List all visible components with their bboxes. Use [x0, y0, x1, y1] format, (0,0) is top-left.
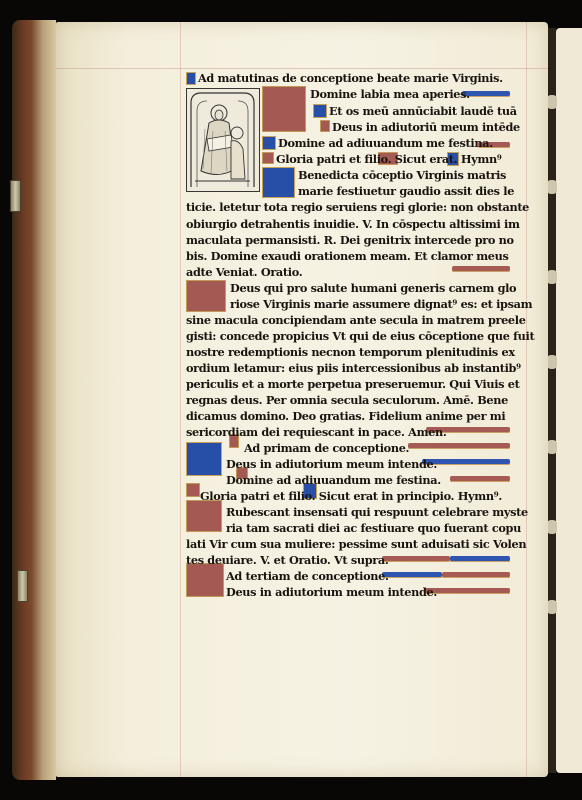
initial-red-A-large	[186, 563, 224, 597]
binding-tie	[547, 180, 557, 194]
text-line: periculis et a morte perpetua preseruemu…	[186, 376, 519, 392]
initial-blue-B	[262, 167, 295, 198]
initial-red-D-large	[186, 280, 226, 312]
line-filler	[442, 572, 510, 578]
clasp-bottom	[17, 570, 28, 602]
book-edge	[12, 20, 56, 780]
text-line: nostre redemptionis necnon temporum plen…	[186, 344, 515, 360]
binding-tie	[547, 440, 557, 454]
text-line: Deus in adiutoriū meum intēde	[332, 119, 520, 135]
text-line: adte Veniat. Oratio.	[186, 264, 302, 280]
text-line: Gloria patri et filio. Sicut erat. Hymn⁹	[276, 151, 501, 167]
line-filler	[450, 476, 510, 482]
ruling-line	[526, 22, 527, 777]
line-filler	[382, 556, 450, 562]
text-line: Domine labia mea aperies.	[310, 86, 470, 102]
binding-tie	[547, 520, 557, 534]
text-line: Deus qui pro salute humani generis carne…	[230, 280, 516, 296]
text-line: ticie. letetur tota regio seruiens regi …	[186, 199, 529, 215]
initial-blue-E	[313, 104, 327, 118]
binding-tie	[547, 95, 557, 109]
line-filler	[450, 556, 510, 562]
gutter	[548, 28, 556, 773]
initial-red-R	[186, 500, 222, 532]
text-line: Ad primam de conceptione.	[244, 440, 409, 456]
text-line: tes deuiare. V. et Oratio. Vt supra.	[186, 552, 388, 568]
line-filler	[382, 572, 442, 578]
st-anne-woodcut-icon	[187, 89, 258, 190]
binding-tie	[547, 355, 557, 369]
binding-tie	[547, 270, 557, 284]
woodcut-illustration	[186, 88, 260, 192]
initial-blue-D-large	[186, 442, 222, 476]
text-line: Deus in adiutorium meum intende.	[226, 456, 437, 472]
text-line: maculata permansisti. R. Dei genitrix in…	[186, 232, 514, 248]
text-line: ria tam sacrati diei ac festiuare quo fu…	[226, 520, 521, 536]
text-line: regnas deus. Per omnia secula seculorum.…	[186, 392, 508, 408]
text-line: Rubescant insensati qui respuunt celebra…	[226, 504, 528, 520]
text-line: lati Vir cum sua muliere: pessime sunt a…	[186, 536, 526, 552]
text-line: Deus in adiutorium meum intende.	[226, 584, 437, 600]
text-line: ordium letamur: eius piis intercessionib…	[186, 360, 521, 376]
facing-page-edge	[556, 28, 582, 773]
clasp-top	[10, 180, 21, 212]
initial-red-G-small	[186, 483, 200, 497]
line-filler	[452, 266, 510, 272]
text-line: Benedicta cōceptio Virginis matris	[298, 167, 506, 183]
initial-red-D-small	[320, 120, 330, 132]
text-line: sericordiam dei requiescant in pace. Ame…	[186, 424, 446, 440]
text-line: riose Virginis marie assumere dignat⁹ es…	[230, 296, 532, 312]
text-line: Gloria patri et filio. Sicut erat in pri…	[200, 488, 502, 504]
initial-red-G	[262, 152, 274, 164]
text-line: Domine ad adiuuandum me festina.	[226, 472, 441, 488]
text-line: marie festiuetur gaudio assit dies le	[298, 183, 514, 199]
text-line: bis. Domine exaudi orationem meam. Et cl…	[186, 248, 509, 264]
text-line: Et os meū annūciabit laudē tuā	[329, 103, 517, 119]
line-filler	[408, 443, 510, 449]
binding-tie	[547, 600, 557, 614]
text-line: gisti: concede propicius Vt qui de eius …	[186, 328, 534, 344]
initial-blue-A	[186, 72, 196, 85]
initial-blue-D	[262, 136, 276, 150]
text-line: Ad matutinas de conceptione beate marie …	[198, 70, 503, 86]
text-line: obiurgio detrahentis inuidie. V. In cōsp…	[186, 216, 520, 232]
ruling-line	[56, 68, 548, 69]
text-line: Domine ad adiuuandum me festina.	[278, 135, 493, 151]
initial-red-D	[262, 86, 306, 132]
ruling-line	[180, 22, 181, 777]
text-line: dicamus domino. Deo gratias. Fidelium an…	[186, 408, 505, 424]
text-line: sine macula concipiendam ante secula in …	[186, 312, 526, 328]
text-line: Ad tertiam de conceptione.	[226, 568, 389, 584]
